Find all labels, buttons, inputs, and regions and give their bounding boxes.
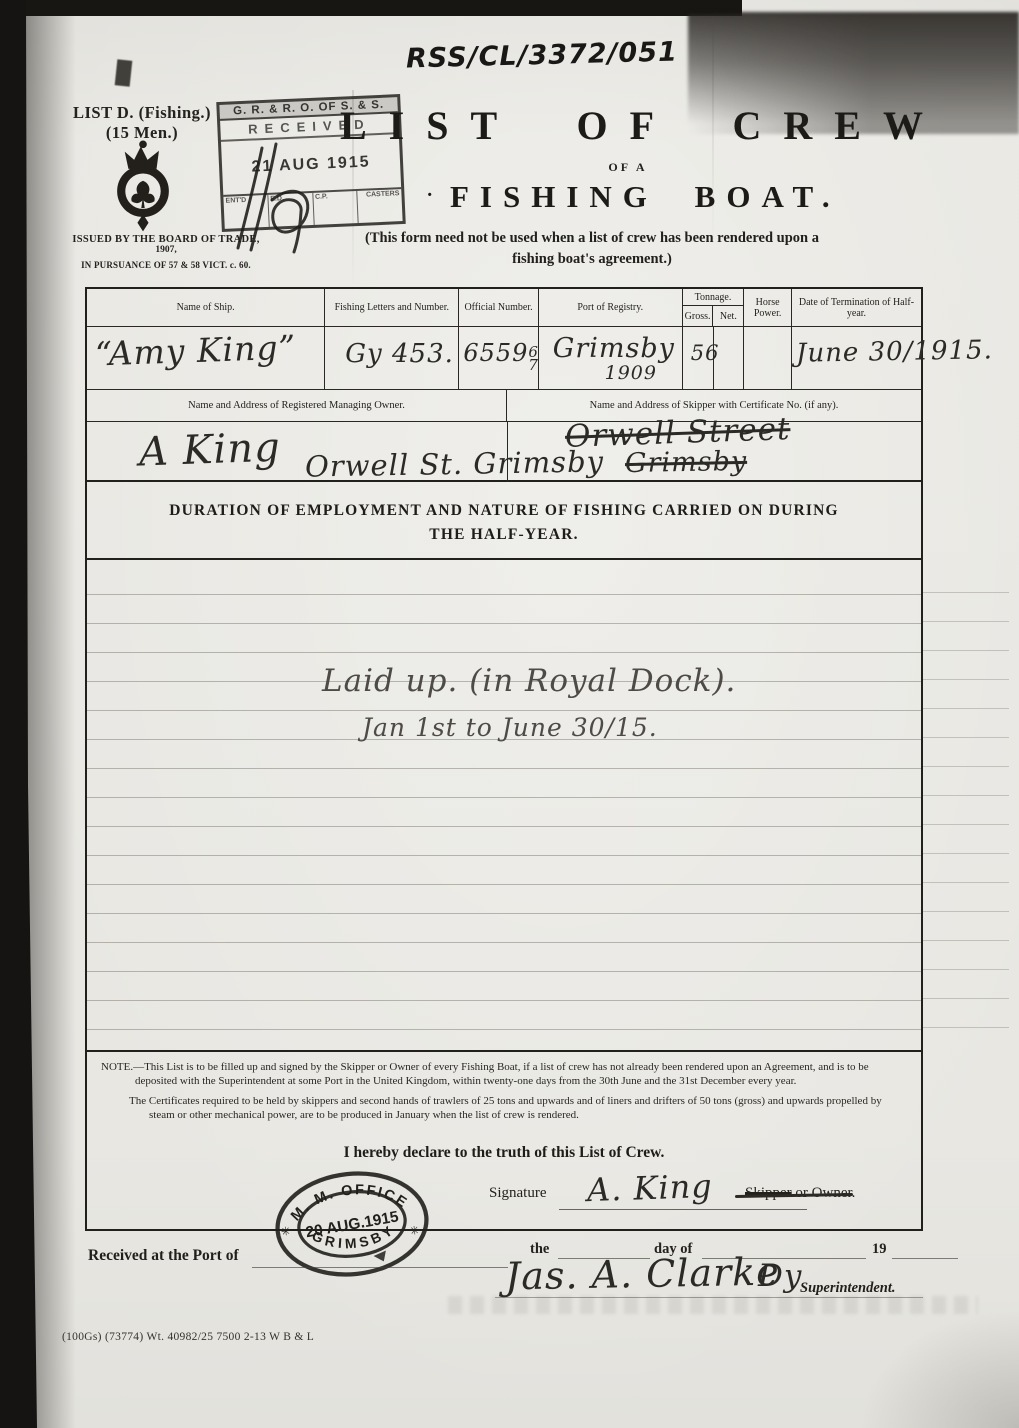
- issued-line3: IN PURSUANCE OF 57 & 58 VICT. c. 60.: [52, 260, 280, 270]
- owner-name-handwriting: A King: [138, 425, 281, 476]
- net-label: Net.: [713, 306, 743, 326]
- net-tonnage-handwriting: 56: [691, 341, 720, 365]
- received-at-port-label: Received at the Port of: [88, 1247, 239, 1265]
- declaration-text: I hereby declare to the truth of this Li…: [87, 1144, 921, 1162]
- crest-flower: [132, 181, 154, 202]
- scan-top-edge: [0, 0, 742, 16]
- port-name: Grimsby: [553, 333, 675, 364]
- cell-port-of-registry: Grimsby1909: [539, 327, 683, 389]
- fishing-letters-handwriting: Gy 453.: [345, 339, 454, 369]
- note-paragraph-2: The Certificates required to be held by …: [101, 1095, 907, 1122]
- page-title: LIST OF CREW: [318, 102, 938, 149]
- stamp-star-right: ✳: [409, 1224, 420, 1238]
- port-fill-line: [252, 1267, 508, 1268]
- duration-entry-line2: Jan 1st to June 30/15.: [362, 713, 658, 742]
- signature-underline: [559, 1209, 807, 1210]
- official-number-subscript: 7: [528, 359, 539, 372]
- superintendent-label: Superintendent.: [800, 1280, 895, 1297]
- col-header-port-of-registry: Port of Registry.: [539, 289, 683, 326]
- col-header-tonnage: Tonnage. Gross. Net.: [683, 289, 745, 326]
- tonnage-label: Tonnage.: [683, 289, 744, 306]
- form-usage-note: (This form need not be used when a list …: [272, 228, 912, 270]
- official-number-main: 6559: [463, 339, 528, 367]
- duration-heading-line1: DURATION OF EMPLOYMENT AND NATURE OF FIS…: [87, 499, 921, 523]
- year-prefix-label: 19: [872, 1241, 887, 1258]
- title-fishing-boat: FISHING BOAT.: [318, 179, 938, 215]
- document-title-block: LIST OF CREW OF A FISHING BOAT.: [318, 102, 938, 215]
- port-registry-year: 1909: [587, 362, 675, 384]
- ship-table-value-row: “Amy King” Gy 453. 655967 Grimsby1909 56…: [87, 327, 921, 390]
- deputy-abbreviation-handwriting: Dy: [758, 1258, 802, 1294]
- title-of-a: OF A: [318, 160, 938, 175]
- ruled-writing-area: [87, 560, 921, 1050]
- edge-mark: [115, 59, 133, 86]
- cell-official-number: 655967: [459, 327, 538, 389]
- subtitle-line1: (This form need not be used when a list …: [272, 228, 912, 249]
- official-number-handwriting: 655967: [463, 339, 539, 372]
- cell-net-tonnage: 56: [714, 327, 744, 389]
- skipper-signature-handwriting: A. King: [586, 1167, 713, 1209]
- col-header-official-number: Official Number.: [459, 289, 538, 326]
- duration-entry-line1: Laid up. (in Royal Dock).: [322, 663, 736, 699]
- owner-header: Name and Address of Registered Managing …: [87, 390, 507, 421]
- ruled-lines-right-margin: [923, 560, 1009, 1048]
- termination-date-handwriting: June 30/1915.: [796, 335, 993, 368]
- crest-pendant: [138, 215, 148, 230]
- cell-horse-power: [744, 327, 792, 389]
- note-paragraph-1: NOTE.—This List is to be filled up and s…: [101, 1061, 907, 1088]
- bleed-through-smudge: [448, 1296, 978, 1314]
- stamp-star-left: ✳: [280, 1225, 291, 1239]
- cell-name-of-ship: “Amy King”: [87, 327, 325, 389]
- ship-name-handwriting: “Amy King”: [94, 327, 297, 373]
- gross-label: Gross.: [683, 306, 714, 326]
- board-of-trade-crest-icon: [110, 140, 176, 238]
- duration-heading-line2: THE HALF-YEAR.: [87, 523, 921, 547]
- owner-address-handwriting: Orwell St. Grimsby: [305, 444, 605, 483]
- cell-fishing-letters: Gy 453.: [325, 327, 459, 389]
- duration-section-heading: DURATION OF EMPLOYMENT AND NATURE OF FIS…: [87, 482, 921, 560]
- col-header-fishing-letters: Fishing Letters and Number.: [325, 289, 459, 326]
- list-d-label: LIST D. (Fishing.) (15 Men.): [62, 103, 222, 143]
- subtitle-line2: fishing boat's agreement.): [272, 249, 912, 270]
- cell-termination-date: June 30/1915.: [792, 327, 921, 389]
- list-d-line1: LIST D. (Fishing.): [62, 103, 222, 123]
- superintendent-signature-handwriting: Jas. A. Clarke: [505, 1250, 780, 1299]
- bottom-right-shade: [859, 1308, 1019, 1428]
- skipper-word-struck: Skipper: [745, 1185, 792, 1201]
- form-box: Name of Ship. Fishing Letters and Number…: [85, 287, 923, 1231]
- crest-crown: [126, 148, 159, 169]
- col-header-termination-date: Date of Termination of Half-year.: [792, 289, 921, 326]
- port-of-registry-handwriting: Grimsby1909: [553, 333, 675, 384]
- printers-imprint: (100Gs) (73774) Wt. 40982/25 7500 2-13 W…: [62, 1331, 314, 1343]
- signature-label: Signature: [489, 1185, 547, 1202]
- scanned-document: RSS/CL/3372/051 LIST D. (Fishing.) (15 M…: [0, 0, 1019, 1428]
- ship-table-header-row: Name of Ship. Fishing Letters and Number…: [87, 289, 921, 327]
- mm-office-oval-stamp: M. M. OFFICE GRIMSBY 20 AUG.1915 ✳ ✳: [267, 1160, 438, 1288]
- col-header-name-of-ship: Name of Ship.: [87, 289, 325, 326]
- col-header-horse-power: Horse Power.: [744, 289, 792, 326]
- skipper-address-line2-struck: Grimsby: [625, 446, 748, 479]
- note-section: NOTE.—This List is to be filled up and s…: [87, 1050, 921, 1134]
- owner-skipper-header-row: Name and Address of Registered Managing …: [87, 390, 921, 422]
- year-fill-line: [892, 1258, 958, 1259]
- cell-tonnage: 56: [683, 327, 745, 389]
